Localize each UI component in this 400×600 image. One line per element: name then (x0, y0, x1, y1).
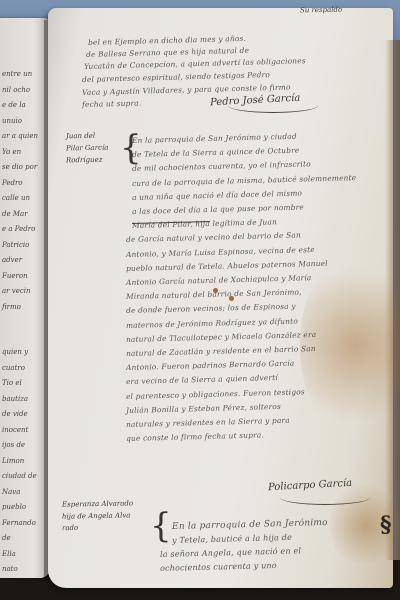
bracket: { (150, 506, 172, 546)
text-fragment: Patricio (2, 241, 29, 249)
text-fragment: de vide (2, 410, 28, 418)
text-fragment: Fueron (2, 272, 28, 280)
text-fragment: quien y (2, 348, 28, 356)
text-fragment: de Mar (2, 210, 28, 218)
text-fragment: ijos de (2, 441, 25, 449)
text-fragment: ar vecin (2, 287, 31, 295)
margin-note-line: rado (62, 524, 78, 532)
text-fragment: de (2, 534, 11, 542)
text-fragment: nil ocho (2, 86, 30, 94)
margin-note-line: Pilar García (66, 144, 109, 153)
text-fragment: Tio el (2, 379, 22, 387)
text-fragment: Pedro (2, 179, 23, 187)
top-corner-note: Su respaldo (300, 6, 342, 15)
signature-flourish (228, 98, 318, 113)
margin-note-line: Rodríguez (66, 156, 103, 165)
text-fragment: unuio (2, 117, 22, 125)
margin-note-line: Juan del (66, 132, 95, 141)
text-fragment: Yo en (2, 148, 21, 156)
text-fragment: se dio por (2, 163, 37, 171)
text-fragment: inocent (2, 426, 28, 434)
text-fragment: e a Pedro (2, 225, 35, 233)
text-fragment: pueblo (2, 503, 26, 511)
text-fragment: nato (2, 565, 18, 573)
text-fragment: Ella (2, 550, 16, 558)
text-line: fecha ut supra. (82, 98, 142, 109)
text-fragment: entre un (2, 70, 32, 78)
text-fragment: e de la (2, 101, 26, 109)
text-fragment: firmo (2, 303, 21, 311)
section-mark: § (380, 512, 392, 538)
text-fragment: cuatro (2, 364, 25, 372)
text-fragment: ciudad de (2, 472, 37, 480)
text-fragment: bautiza (2, 395, 28, 403)
left-page: entre unnil ochoe de launuioar a quienYo… (0, 18, 50, 578)
margin-note-line: Esperanza Alvarado (62, 499, 133, 508)
text-fragment: adver (2, 256, 22, 264)
margin-note-line: hija de Angela Alva (62, 511, 131, 520)
text-fragment: Fernando (2, 519, 36, 527)
text-fragment: Nava (2, 488, 20, 496)
text-fragment: Limon (2, 457, 24, 465)
bracket: { (120, 128, 142, 168)
text-fragment: ar a quien (2, 132, 38, 140)
signature-flourish (280, 490, 370, 505)
text-fragment: calle un (2, 194, 30, 202)
